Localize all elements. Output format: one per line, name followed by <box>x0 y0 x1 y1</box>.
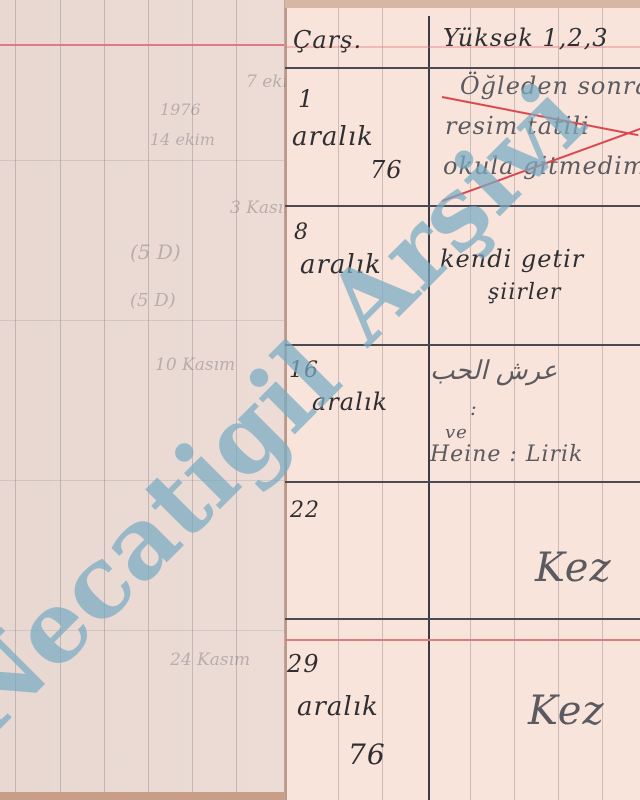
row-day: 1 <box>298 85 314 113</box>
row-year: 76 <box>370 156 403 184</box>
row-content: Kez <box>528 688 605 734</box>
row-month: aralık <box>292 122 374 152</box>
faint-note: 14 ekim <box>150 130 215 149</box>
page-edge <box>0 792 284 800</box>
row-content: ve <box>445 422 468 443</box>
header-day: Çarş. <box>293 26 362 54</box>
faint-rule <box>0 480 284 481</box>
row-content: kendi getir <box>440 245 584 273</box>
row-divider <box>285 481 640 483</box>
ruled-line <box>15 0 16 792</box>
faint-note: 10 Kasım <box>155 355 235 375</box>
faint-rule <box>0 320 284 321</box>
faint-note: 1976 <box>160 100 201 119</box>
red-rule <box>0 44 284 46</box>
row-day: 8 <box>294 220 309 245</box>
row-content: okula gitmedim <box>443 152 640 180</box>
row-content: عرش الحب <box>430 356 557 386</box>
row-content: şiirler <box>488 280 561 305</box>
header-class: Yüksek 1,2,3 <box>443 24 609 52</box>
red-rule <box>285 639 640 641</box>
column-divider <box>428 16 430 800</box>
ruled-line <box>60 0 61 792</box>
row-day: 16 <box>289 358 319 383</box>
row-content: Heine : Lirik <box>430 442 583 467</box>
row-divider <box>285 205 640 207</box>
row-content: : <box>470 396 478 420</box>
ruled-line <box>148 0 149 792</box>
ruled-line <box>104 0 105 792</box>
row-month: aralık <box>312 388 388 416</box>
faint-note: (5 D) <box>130 290 176 311</box>
faint-rule <box>0 160 284 161</box>
row-divider <box>285 67 640 69</box>
row-year: 76 <box>348 738 386 771</box>
row-month: aralık <box>297 692 379 722</box>
row-divider <box>285 344 640 346</box>
faint-note: (5 D) <box>130 240 181 264</box>
row-content: Kez <box>535 545 612 591</box>
faint-rule <box>0 630 284 631</box>
row-month: aralık <box>300 250 382 280</box>
ruled-line <box>236 0 237 792</box>
left-page: 7 ekim 1976 14 ekim 3 Kasım (5 D) (5 D) … <box>0 0 284 792</box>
row-content: resim tatili <box>445 112 590 140</box>
row-day: 22 <box>290 498 320 523</box>
faint-note: 24 Kasım <box>170 650 250 670</box>
row-content: Öğleden sonra <box>460 72 640 100</box>
row-divider <box>285 618 640 620</box>
row-day: 29 <box>287 650 320 678</box>
